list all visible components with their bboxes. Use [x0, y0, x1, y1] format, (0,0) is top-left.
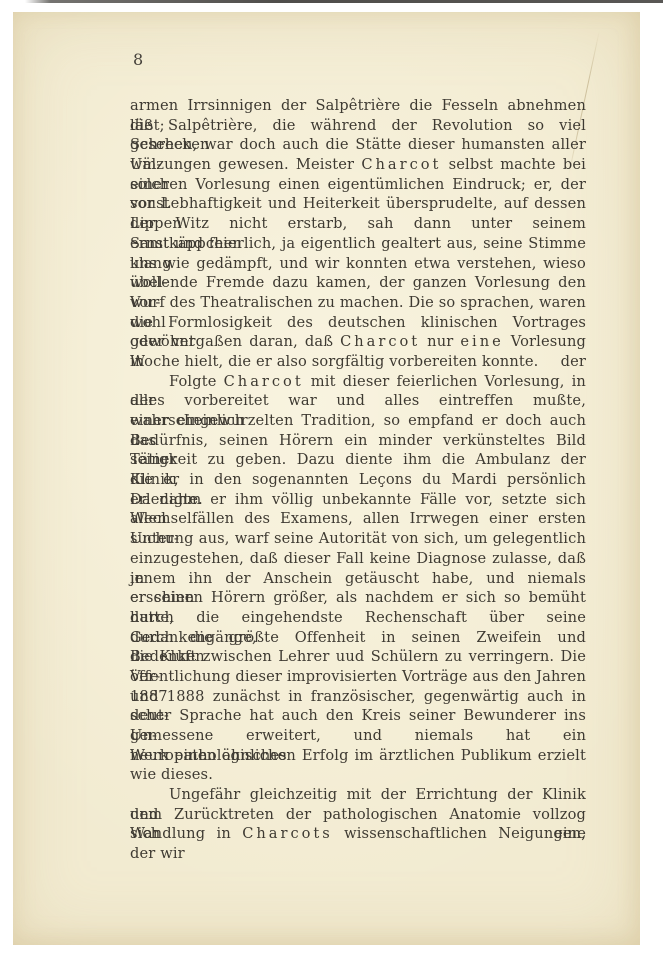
text-line: Woche hielt, die er also sorgfältig vorb… [130, 352, 586, 372]
text-line: die Salpêtrière, die während der Revolut… [130, 116, 586, 136]
text-line: wie dieses. [130, 765, 586, 785]
text-line: ernst und feierlich, ja eigentlich gealt… [130, 234, 586, 254]
scan-edge-artifact [25, 0, 663, 3]
text-line: die Kluft zwischen Lehrer uud Schülern z… [130, 647, 586, 667]
text-line: einer eingewurzelten Tradition, so empfa… [130, 411, 586, 431]
text-line: gesehen, war doch auch die Stätte dieser… [130, 135, 586, 155]
paragraph: Folgte Charcot mit dieser feierlichen Vo… [130, 372, 586, 785]
text-line: durch die eingehendste Rechenschaft über… [130, 608, 586, 628]
letterspaced-word: Charcot [340, 333, 420, 350]
text-line: die er in den sogenannten Leçons du Mard… [130, 470, 586, 490]
text-line: armen Irrsinnigen der Salpêtrière die Fe… [130, 96, 586, 116]
text-line: Wandlung in Charcots wissenschaftlichen … [130, 824, 586, 844]
text-line: wollende Fremde dazu kamen, der ganzen V… [130, 273, 586, 293]
text-line: wälzungen gewesen. Meister Charcot selbs… [130, 155, 586, 175]
text-line: suchung aus, warf seine Autorität von si… [130, 529, 586, 549]
letterspaced-word: Charcots [242, 825, 333, 842]
text-line: Bedürfnis, seinen Hörern ein minder verk… [130, 431, 586, 451]
letterspaced-word: Charcot [224, 373, 304, 390]
text-line: Tätigkeit zu geben. Dazu diente ihm die … [130, 450, 586, 470]
text-line: oder vergaßen daran, daß Charcot nur ein… [130, 332, 586, 352]
book-page: 8 armen Irrsinnigen der Salpêtrière die … [13, 12, 640, 945]
text-line: die Formlosigkeit des deutschen klinisch… [130, 313, 586, 333]
paragraph: armen Irrsinnigen der Salpêtrière die Fe… [130, 96, 586, 372]
text-line: dem Zurücktreten der pathologischen Anat… [130, 805, 586, 825]
text-line: einzugestehen, daß dieser Fall keine Dia… [130, 549, 586, 569]
text-line: Da nahm er ihm völlig unbekannte Fälle v… [130, 490, 586, 510]
text-line: wurf des Theatralischen zu machen. Die s… [130, 293, 586, 313]
scanned-book-view: 8 armen Irrsinnigen der Salpêtrière die … [0, 0, 663, 960]
text-line: durch die größte Offenheit in seinen Zwe… [130, 628, 586, 648]
letterspaced-word: eine [460, 333, 503, 350]
body-text: armen Irrsinnigen der Salpêtrière die Fe… [130, 96, 586, 844]
letterspaced-word: Charcot [361, 156, 441, 173]
text-line: alles vorbereitet war und alles eintreff… [130, 391, 586, 411]
page-number: 8 [133, 50, 144, 69]
text-line: uns wie gedämpft, und wir konnten etwa v… [130, 254, 586, 274]
text-line: scher Sprache hat auch den Kreis seiner … [130, 706, 586, 726]
paragraph: Ungefähr gleichzeitig mit der Errichtung… [130, 785, 586, 844]
text-line: Ungefähr gleichzeitig mit der Errichtung… [130, 785, 586, 805]
text-line: und 1888 zunächst in französischer, gege… [130, 687, 586, 707]
text-line: er seinen Hörern größer, als nachdem er … [130, 588, 586, 608]
text-line: gemessene erweitert, und niemals hat ein… [130, 726, 586, 746]
text-line: jenem ihn der Anschein getäuscht habe, u… [130, 569, 586, 589]
text-line: solchen Vorlesung einen eigentümlichen E… [130, 175, 586, 195]
text-line: Werk einen ähnlichen Erfolg im ärztliche… [130, 746, 586, 766]
text-line: vor Lebhaftigkeit und Heiterkeit überspr… [130, 194, 586, 214]
text-line: Folgte Charcot mit dieser feierlichen Vo… [130, 372, 586, 392]
text-line: der Witz nicht erstarb, sah dann unter s… [130, 214, 586, 234]
text-line: Wechselfällen des Examens, allen Irrwege… [130, 509, 586, 529]
text-line: öffentlichung dieser improvisierten Vort… [130, 667, 586, 687]
